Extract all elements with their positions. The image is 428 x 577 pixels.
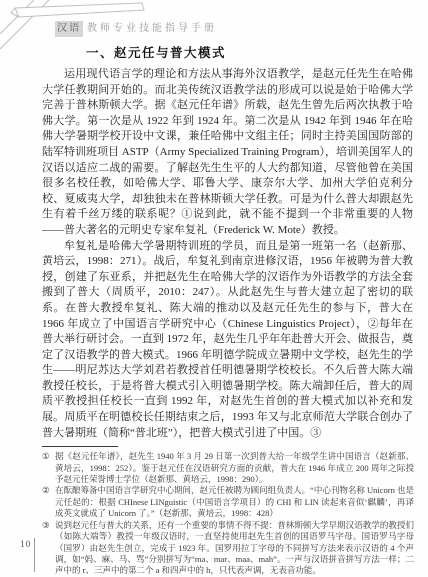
section-title: 一、赵元任与普大模式 — [86, 46, 428, 61]
footnotes: ① 据《赵元任年谱》，赵先生 1940 年 3 月 29 日第一次到普大给一年级… — [42, 451, 414, 576]
footnote-2-text: 在酝酿筹备中国语言学研究中心期间，赵元任被聘为顾问组负责人。“中心刊物名称 Un… — [55, 485, 414, 519]
footnote-3: ③ 说到赵元任与普大的关系，还有一个重要的事情不得不提：普林斯顿大学早期汉语教学… — [42, 520, 414, 577]
footnote-2: ② 在酝酿筹备中国语言学研究中心期间，赵元任被聘为顾问组负责人。“中心刊物名称 … — [42, 485, 414, 519]
page-number-rule — [34, 538, 35, 572]
paragraph-2: 牟复礼是哈佛大学暑期特训班的学员，而且是第一班第一名（赵新那、黄培云，1998：… — [42, 239, 413, 442]
footnote-3-text: 说到赵元任与普大的关系，还有一个重要的事情不得不提：普林斯顿大学早期汉语教学的教… — [55, 520, 414, 577]
header-series-box: 汉语 — [55, 21, 83, 37]
footnote-3-marker: ③ — [42, 520, 55, 577]
running-header: 汉语教师专业技能指导手册 — [55, 21, 217, 37]
body-text: 运用现代语言学的理论和方法从事海外汉语教学，是赵元任先生在哈佛大学任教期间开始的… — [42, 67, 413, 441]
book-page: 汉语教师专业技能指导手册 一、赵元任与普大模式 运用现代语言学的理论和方法从事海… — [0, 0, 428, 577]
paragraph-1: 运用现代语言学的理论和方法从事海外汉语教学，是赵元任先生在哈佛大学任教期间开始的… — [42, 67, 413, 239]
footnote-separator — [42, 446, 118, 447]
footnote-1: ① 据《赵元任年谱》，赵先生 1940 年 3 月 29 日第一次到普大给一年级… — [42, 451, 414, 485]
footnote-2-marker: ② — [42, 485, 55, 519]
footnote-1-text: 据《赵元任年谱》，赵先生 1940 年 3 月 29 日第一次到普大给一年级学生… — [55, 451, 414, 485]
header-series-title: 教师专业技能指导手册 — [87, 23, 217, 34]
footnote-1-marker: ① — [42, 451, 55, 485]
page-number: 10 — [20, 540, 32, 550]
